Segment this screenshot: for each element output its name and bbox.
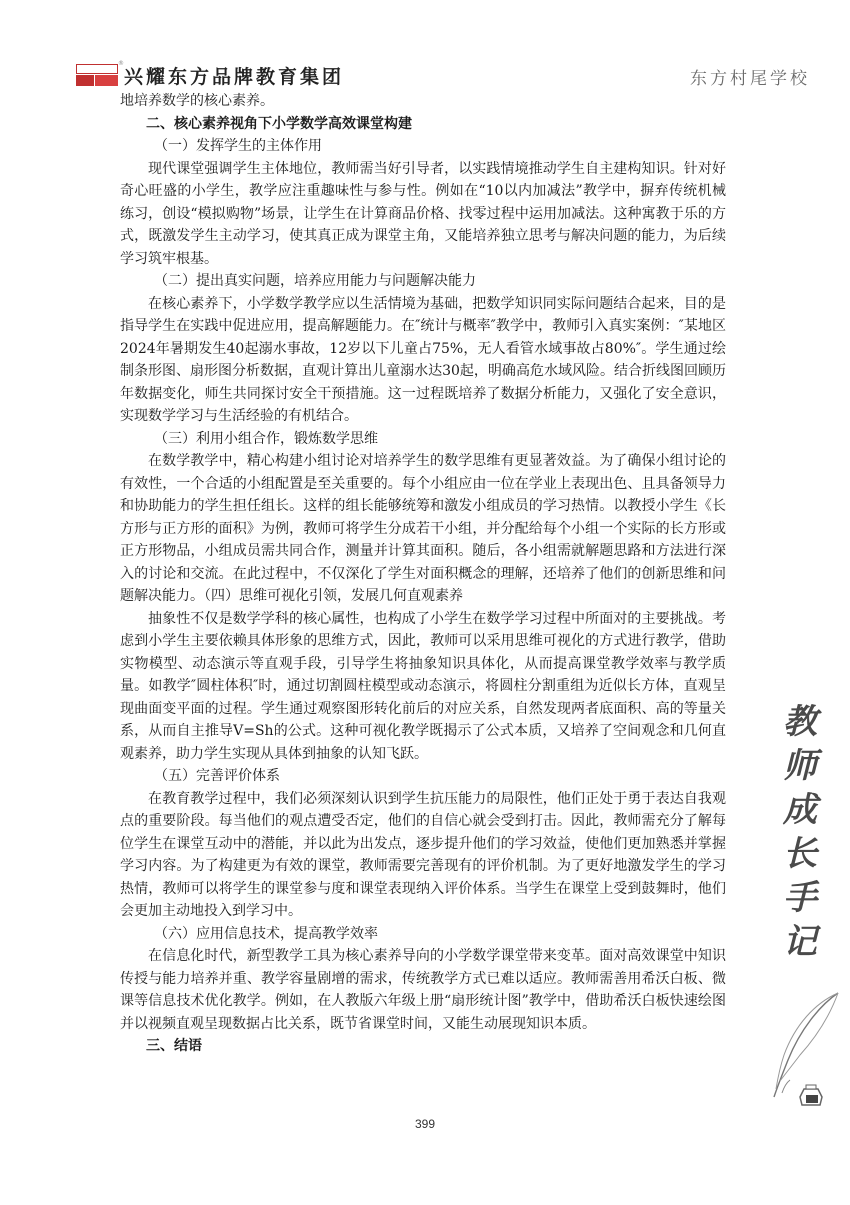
calligraphy-char: 成 — [783, 788, 817, 832]
subsection-5-paragraph: 在教育教学过程中，我们必须深刻认识到学生抗压能力的局限性，他们正处于勇于表达自我… — [120, 788, 726, 923]
teacher-growth-notes-calligraphy: 教 师 成 长 手 记 — [770, 700, 830, 964]
calligraphy-char: 教 — [783, 700, 817, 744]
calligraphy-char: 记 — [783, 920, 817, 964]
feather-inkwell-icon — [760, 985, 850, 1115]
school-name: 东方村尾学校 — [690, 64, 810, 89]
brand-name: 兴耀东方品牌教育集团 — [124, 62, 344, 89]
subsection-6-paragraph: 在信息化时代，新型教学工具为核心素养导向的小学数学课堂带来变革。面对高效课堂中知… — [120, 945, 726, 1035]
subsection-5-heading: （五）完善评价体系 — [120, 765, 726, 788]
subsection-3-paragraph: 在数学教学中，精心构建小组讨论对培养学生的数学思维有更显著效益。为了确保小组讨论… — [120, 450, 726, 608]
subsection-1-paragraph: 现代课堂强调学生主体地位，教师需当好引导者，以实践情境推动学生自主建构知识。针对… — [120, 158, 726, 271]
calligraphy-char: 手 — [783, 876, 817, 920]
subsection-4-paragraph: 抽象性不仅是数学学科的核心属性，也构成了小学生在数学学习过程中所面对的主要挑战。… — [120, 608, 726, 766]
section-3-heading: 三、结语 — [120, 1035, 726, 1058]
calligraphy-char: 长 — [783, 832, 817, 876]
subsection-2-paragraph: 在核心素养下，小学数学教学应以生活情境为基础，把数学知识同实际问题结合起来，目的… — [120, 293, 726, 428]
page-number: 399 — [0, 1117, 850, 1131]
logo-icon: ® — [76, 64, 118, 86]
subsection-2-heading: （二）提出真实问题，培养应用能力与问题解决能力 — [120, 270, 726, 293]
subsection-3-heading: （三）利用小组合作，锻炼数学思维 — [120, 428, 726, 451]
section-2-heading: 二、核心素养视角下小学数学高效课堂构建 — [120, 113, 726, 136]
page-header: ® 兴耀东方品牌教育集团 东方村尾学校 — [76, 62, 810, 88]
calligraphy-char: 师 — [783, 744, 817, 788]
subsection-1-heading: （一）发挥学生的主体作用 — [120, 135, 726, 158]
article-body: 地培养数学的核心素养。 二、核心素养视角下小学数学高效课堂构建 （一）发挥学生的… — [120, 90, 726, 1058]
lead-line: 地培养数学的核心素养。 — [120, 90, 726, 113]
subsection-6-heading: （六）应用信息技术，提高教学效率 — [120, 923, 726, 946]
